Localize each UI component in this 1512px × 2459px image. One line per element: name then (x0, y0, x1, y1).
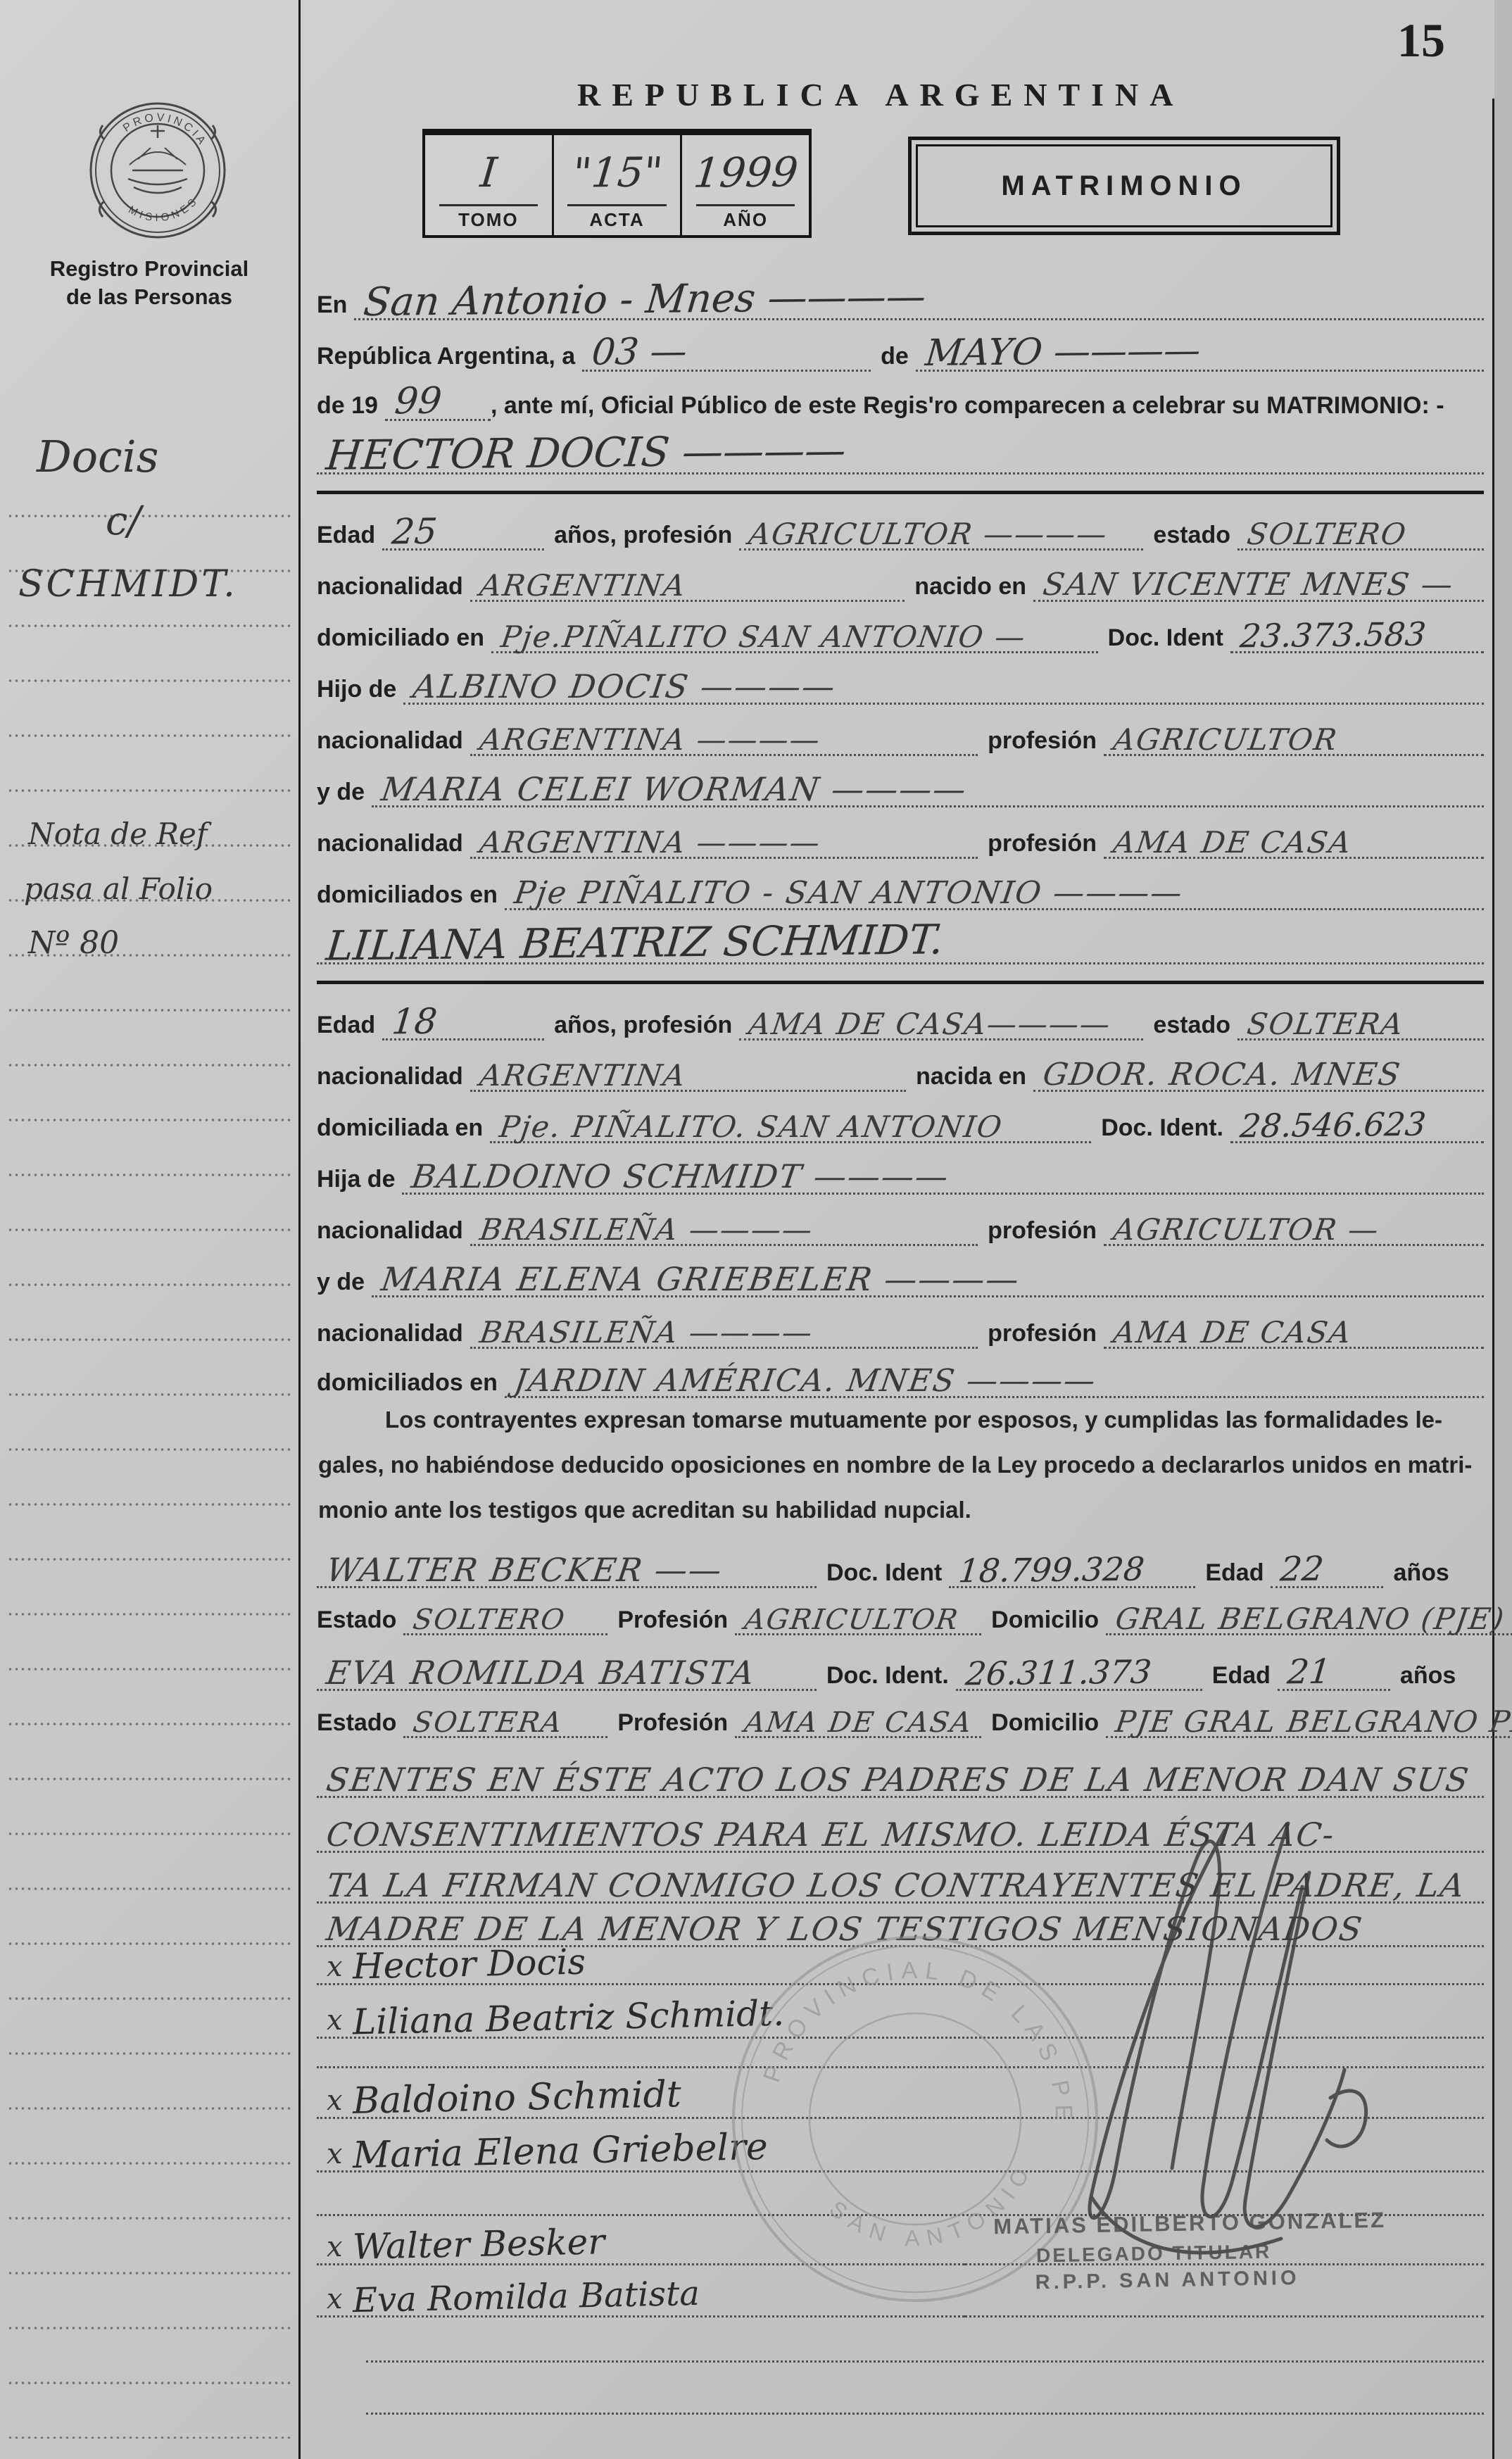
date-row: República Argentina, a 03 — de MAYO ———— (317, 331, 1484, 372)
de-label: de (871, 343, 916, 372)
groom-profesion-value: AGRICULTOR ———— (747, 520, 1109, 548)
witness1-domicilio-value: GRAL BELGRANO (PJE) — (1114, 1605, 1512, 1633)
empty-ruled-row (366, 2323, 1484, 2363)
bride-mother-nac-value: BRASILEÑA ———— (478, 1319, 815, 1347)
acta-underline (567, 204, 666, 206)
groom-doc-label: Doc. Ident (1098, 624, 1230, 653)
margin-case-vs: c/ (106, 498, 141, 544)
groom-nationality-row: nacionalidad ARGENTINA nacido en SAN VIC… (317, 561, 1484, 602)
witness1-anos-label: años (1383, 1559, 1456, 1588)
groom-age-row: Edad 25 años, profesión AGRICULTOR ———— … (317, 510, 1484, 551)
officiant-text: , ante mí, Oficial Público de este Regis… (491, 392, 1451, 421)
republica-label: República Argentina, a (317, 343, 582, 372)
witness2-detail-row: Estado SOLTERA Profesión AMA DE CASA Dom… (317, 1697, 1484, 1738)
ano-value: 1999 (691, 153, 800, 203)
office-name: Registro Provincial de las Personas (0, 255, 298, 311)
bride-estado-value: SOLTERA (1245, 1010, 1406, 1038)
seal-bottom-text: MISIONES (127, 194, 201, 225)
tomo-underline (439, 204, 538, 206)
groom-name: HECTOR DOCIS ———— (325, 431, 848, 475)
act-type-box: MATRIMONIO (908, 137, 1340, 235)
groom-hijo-label: Hijo de (317, 676, 403, 705)
groom-yde-label: y de (317, 779, 372, 807)
bride-nacionalidad-label: nacionalidad (317, 1063, 470, 1092)
ano-label: AÑO (723, 209, 768, 231)
day-value: 03 — (591, 334, 689, 370)
bride-address-row: domiciliada en Pje. PIÑALITO. SAN ANTONI… (317, 1102, 1484, 1143)
groom-mother-prof-value: AMA DE CASA (1111, 829, 1354, 857)
tomo-column: I TOMO (425, 135, 552, 235)
witness1-doc-label: Doc. Ident (817, 1559, 949, 1588)
witness1-doc-value: 18.799.328 (957, 1554, 1146, 1587)
bride-nacionalidad-value: ARGENTINA (478, 1062, 688, 1090)
signature-witness2: Eva Romilda Batista (352, 2279, 700, 2317)
margin-divider-line (298, 0, 301, 2459)
bride-mother-nat-row: nacionalidad BRASILEÑA ———— profesión AM… (317, 1308, 1484, 1349)
right-edge-line (1492, 99, 1494, 2459)
groom-father-row: Hijo de ALBINO DOCIS ———— (317, 664, 1484, 705)
groom-mother-row: y de MARIA CELEI WORMAN ———— (317, 767, 1484, 807)
groom-mother-nac-value: ARGENTINA ———— (478, 829, 823, 857)
bride-yde-label: y de (317, 1269, 372, 1297)
signature-cross: x (327, 2231, 353, 2263)
bride-parents-address-row: domiciliados en JARDIN AMÉRICA. MNES ———… (317, 1357, 1484, 1398)
bride-father-nac-value: BRASILEÑA ———— (478, 1216, 815, 1244)
groom-parents-address-row: domiciliados en Pje PIÑALITO - SAN ANTON… (317, 869, 1484, 910)
signature-mother: Maria Elena Griebelre (352, 2131, 768, 2172)
margin-ruled-dots (7, 489, 292, 2439)
witness2-domicilio-label: Domicilio (981, 1709, 1106, 1738)
groom-doc-value: 23.373.583 (1239, 620, 1428, 652)
provincial-seal: PROVINCIA MISIONES (83, 97, 232, 244)
bride-domicilio-label: domiciliada en (317, 1114, 490, 1143)
acta-value: "15" (570, 153, 664, 203)
bride-edad-value: 18 (391, 1005, 439, 1038)
month-value: MAYO ———— (924, 334, 1202, 371)
groom-father-nac-label: nacionalidad (317, 727, 470, 756)
act-type-label: MATRIMONIO (1001, 170, 1247, 202)
en-label: En (317, 291, 354, 320)
witness1-estado-value: SOLTERO (412, 1606, 568, 1633)
svg-text:MISIONES: MISIONES (127, 194, 201, 225)
witness1-estado-label: Estado (317, 1606, 403, 1635)
groom-estado-value: SOLTERO (1245, 520, 1409, 548)
registry-number-box: I TOMO "15" ACTA 1999 AÑO (422, 129, 812, 238)
bride-mother-name: MARIA ELENA GRIEBELER ———— (379, 1264, 1022, 1295)
bride-father-name: BALDOINO SCHMIDT ———— (410, 1162, 951, 1193)
place-row: En San Antonio - Mnes ———— (317, 270, 1484, 320)
groom-father-prof-label: profesión (978, 727, 1104, 756)
place-value: San Antonio - Mnes ———— (363, 278, 928, 322)
bride-hija-label: Hija de (317, 1166, 402, 1195)
bride-father-prof-value: AGRICULTOR — (1111, 1216, 1381, 1244)
margin-case-party2: SCHMIDT. (18, 563, 238, 605)
declaration-line3: monio ante los testigos que acreditan su… (318, 1497, 1494, 1523)
year-value: 99 (393, 384, 443, 419)
page-number: 15 (1397, 13, 1445, 68)
signature-father: Baldoino Schmidt (352, 2078, 681, 2118)
margin-note-line1: Nota de Ref (28, 817, 207, 851)
officiant-stamp: MATIAS EDILBERTO GONZALEZ DELEGADO TITUL… (993, 2207, 1431, 2296)
groom-nacido-label: nacido en (905, 573, 1033, 602)
witness1-profesion-label: Profesión (607, 1606, 735, 1635)
signature-cross: x (327, 2084, 353, 2117)
scanned-marriage-certificate: 15 REPUBLICA ARGENTINA I TOMO "15" ACTA … (0, 0, 1512, 2459)
bride-father-nac-label: nacionalidad (317, 1217, 470, 1246)
signature-witness1: Walter Besker (352, 2226, 605, 2263)
bride-father-prof-label: profesión (978, 1217, 1104, 1246)
groom-father-prof-value: AGRICULTOR (1111, 726, 1340, 754)
witness2-estado-value: SOLTERA (412, 1709, 565, 1736)
bride-domicilio-value: Pje. PIÑALITO. SAN ANTONIO (498, 1113, 1004, 1141)
groom-edad-value: 25 (391, 515, 439, 548)
bride-edad-label: Edad (317, 1012, 382, 1040)
groom-nacido-value: SAN VICENTE MNES — (1041, 570, 1456, 600)
witness2-doc-value: 26.311.373 (964, 1657, 1153, 1690)
groom-mother-nac-label: nacionalidad (317, 830, 470, 859)
witness2-domicilio-value: PJE GRAL BELGRANO PRE- (1114, 1708, 1512, 1736)
bride-nationality-row: nacionalidad ARGENTINA nacida en GDOR. R… (317, 1051, 1484, 1092)
groom-father-nat-row: nacionalidad ARGENTINA ———— profesión AG… (317, 715, 1484, 756)
office-name-line1: Registro Provincial (0, 255, 298, 283)
groom-edad-label: Edad (317, 522, 382, 551)
bride-father-row: Hija de BALDOINO SCHMIDT ———— (317, 1154, 1484, 1195)
witness2-edad-value: 21 (1286, 1656, 1332, 1689)
bride-parents-dom-label: domiciliados en (317, 1369, 505, 1398)
groom-anos-profesion-label: años, profesión (544, 522, 739, 551)
groom-parents-dom-label: domiciliados en (317, 881, 505, 910)
groom-nacionalidad-value: ARGENTINA (478, 572, 688, 600)
bride-profesion-value: AMA DE CASA———— (747, 1010, 1113, 1038)
empty-ruled-row (366, 2425, 1484, 2459)
witness1-edad-value: 22 (1279, 1554, 1325, 1586)
bride-doc-label: Doc. Ident. (1091, 1114, 1230, 1143)
margin-note-line3: Nº 80 (28, 925, 119, 961)
closing-line1: SENTES EN ÉSTE ACTO LOS PADRES DE LA MEN… (325, 1765, 1471, 1796)
signature-cross: x (327, 2283, 353, 2315)
bride-doc-value: 28.546.623 (1239, 1109, 1428, 1142)
groom-name-row: HECTOR DOCIS ———— (317, 422, 1484, 474)
witness1-detail-row: Estado SOLTERO Profesión AGRICULTOR Domi… (317, 1595, 1484, 1635)
page-right-gutter (1494, 0, 1512, 2459)
witness2-profesion-value: AMA DE CASA (743, 1709, 975, 1736)
witness1-profesion-value: AGRICULTOR (743, 1606, 961, 1633)
document-title: REPUBLICA ARGENTINA (577, 76, 1185, 113)
witness2-anos-label: años (1390, 1662, 1463, 1691)
witness1-name: WALTER BECKER —— (325, 1555, 724, 1586)
bride-mother-prof-value: AMA DE CASA (1111, 1319, 1354, 1347)
signature-cross: x (327, 1951, 353, 1983)
groom-father-nac-value: ARGENTINA ———— (478, 726, 823, 754)
acta-label: ACTA (589, 209, 644, 231)
margin-case-party1: Docis (37, 431, 158, 482)
witness2-profesion-label: Profesión (607, 1709, 735, 1738)
witness2-doc-label: Doc. Ident. (817, 1662, 956, 1691)
witness2-name: EVA ROMILDA BATISTA (325, 1658, 757, 1689)
groom-parents-dom-value: Pje PIÑALITO - SAN ANTONIO ———— (512, 879, 1185, 908)
bride-estado-label: estado (1143, 1012, 1237, 1040)
ano-underline (696, 204, 795, 206)
groom-mother-prof-label: profesión (978, 830, 1104, 859)
closing-row1: SENTES EN ÉSTE ACTO LOS PADRES DE LA MEN… (317, 1749, 1484, 1798)
witness2-name-row: EVA ROMILDA BATISTA Doc. Ident. 26.311.3… (317, 1646, 1484, 1691)
empty-ruled-row (366, 2375, 1484, 2415)
bride-mother-nac-label: nacionalidad (317, 1320, 470, 1349)
groom-nacionalidad-label: nacionalidad (317, 573, 470, 602)
bride-nacida-label: nacida en (906, 1063, 1033, 1092)
bride-father-nat-row: nacionalidad BRASILEÑA ———— profesión AG… (317, 1205, 1484, 1246)
witness1-domicilio-label: Domicilio (981, 1606, 1106, 1635)
margin-note-line2: pasa al Folio (24, 872, 213, 906)
de19-label: de 19 (317, 392, 385, 421)
bride-name-row: LILIANA BEATRIZ SCHMIDT. (317, 912, 1484, 964)
bride-name: LILIANA BEATRIZ SCHMIDT. (325, 920, 945, 965)
bride-parents-dom-value: JARDIN AMÉRICA. MNES ———— (512, 1366, 1098, 1396)
witness1-name-row: WALTER BECKER —— Doc. Ident 18.799.328 E… (317, 1543, 1484, 1588)
groom-name-rule (317, 491, 1484, 494)
groom-father-name: ALBINO DOCIS ———— (411, 672, 838, 703)
act-type-box-inner: MATRIMONIO (916, 144, 1333, 227)
groom-mother-name: MARIA CELEI WORMAN ———— (379, 774, 969, 805)
year-officiant-row: de 19 99 , ante mí, Oficial Público de e… (317, 380, 1484, 421)
bride-nacida-value: GDOR. ROCA. MNES (1041, 1060, 1403, 1090)
ano-column: 1999 AÑO (680, 135, 809, 235)
groom-domicilio-label: domiciliado en (317, 624, 491, 653)
declaration-line2: gales, no habiéndose deducido oposicione… (318, 1452, 1494, 1478)
bride-name-rule (317, 981, 1484, 984)
bride-age-row: Edad 18 años, profesión AMA DE CASA———— … (317, 1000, 1484, 1040)
witness1-edad-label: Edad (1195, 1559, 1271, 1588)
signature-cross: x (327, 2138, 353, 2170)
bride-anos-profesion-label: años, profesión (544, 1012, 739, 1040)
tomo-value: I (478, 153, 499, 203)
bride-mother-row: y de MARIA ELENA GRIEBELER ———— (317, 1257, 1484, 1297)
witness2-edad-label: Edad (1202, 1662, 1278, 1691)
witness2-estado-label: Estado (317, 1709, 403, 1738)
groom-estado-label: estado (1143, 522, 1237, 551)
acta-column: "15" ACTA (552, 135, 681, 235)
officiant-stamp-title: DELEGADO TITULAR (1036, 2238, 1430, 2268)
groom-domicilio-value: Pje.PIÑALITO SAN ANTONIO — (499, 623, 1028, 651)
office-name-line2: de las Personas (0, 283, 298, 311)
tomo-label: TOMO (458, 209, 519, 231)
declaration-line1: Los contrayentes expresan tomarse mutuam… (318, 1407, 1494, 1433)
signature-groom: Hector Docis (352, 1947, 586, 1983)
groom-address-row: domiciliado en Pje.PIÑALITO SAN ANTONIO … (317, 612, 1484, 653)
bride-mother-prof-label: profesión (978, 1320, 1104, 1349)
groom-mother-nat-row: nacionalidad ARGENTINA ———— profesión AM… (317, 818, 1484, 859)
